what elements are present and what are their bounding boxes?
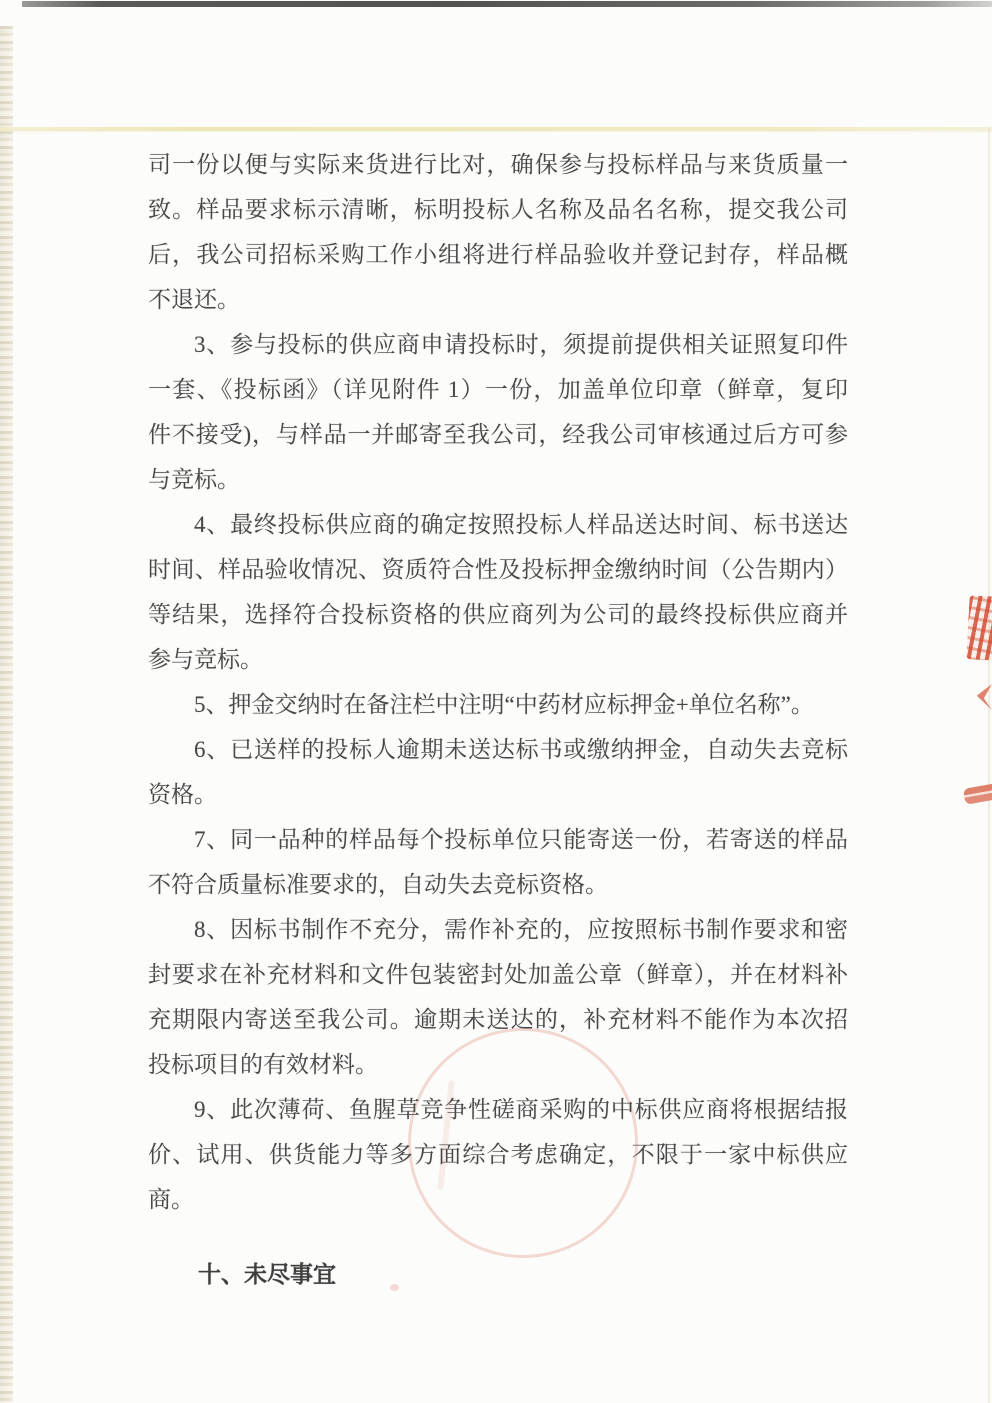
text-line: 7、同一品种的样品每个投标单位只能寄送一份，若寄送的样品 — [148, 817, 848, 862]
text-line: 一套、《投标函》（详见附件 1）一份，加盖单位印章（鲜章，复印 — [148, 367, 848, 412]
scan-left-paper-edge — [0, 26, 13, 1403]
scanned-page: 司一份以便与实际来货进行比对，确保参与投标样品与来货质量一致。样品要求标示清晰，… — [0, 0, 992, 1403]
paragraphs-container: 司一份以便与实际来货进行比对，确保参与投标样品与来货质量一致。样品要求标示清晰，… — [148, 142, 848, 1222]
scan-top-edge — [22, 1, 992, 7]
text-line: 致。样品要求标示清晰，标明投标人名称及品名名称，提交我公司 — [148, 187, 848, 232]
text-line: 9、此次薄荷、鱼腥草竞争性磋商采购的中标供应商将根据结报 — [148, 1087, 848, 1132]
scan-right-edge — [988, 127, 990, 1403]
section-heading: 十、未尽事宜 — [148, 1252, 848, 1297]
text-line: 时间、样品验收情况、资质符合性及投标押金缴纳时间（公告期内） — [148, 547, 848, 592]
text-line: 不符合质量标准要求的，自动失去竞标资格。 — [148, 862, 848, 907]
text-line: 等结果，选择符合投标资格的供应商列为公司的最终投标供应商并 — [148, 592, 848, 637]
text-line: 后，我公司招标采购工作小组将进行样品验收并登记封存，样品概 — [148, 232, 848, 277]
text-line: 3、参与投标的供应商申请投标时，须提前提供相关证照复印件 — [148, 322, 848, 367]
text-line: 6、已送样的投标人逾期未送达标书或缴纳押金，自动失去竞标 — [148, 727, 848, 772]
page-crease-line — [0, 127, 992, 131]
text-line: 件不接受)，与样品一并邮寄至我公司，经我公司审核通过后方可参 — [148, 412, 848, 457]
text-line: 不退还。 — [148, 277, 848, 322]
red-seal-fragment-top — [966, 595, 992, 660]
text-line: 商。 — [148, 1177, 848, 1222]
text-line: 5、押金交纳时在备注栏中注明“中药材应标押金+单位名称”。 — [148, 682, 848, 727]
text-line: 投标项目的有效材料。 — [148, 1042, 848, 1087]
text-line: 封要求在补充材料和文件包装密封处加盖公章（鲜章），并在材料补 — [148, 952, 848, 997]
text-line: 与竞标。 — [148, 457, 848, 502]
document-body: 司一份以便与实际来货进行比对，确保参与投标样品与来货质量一致。样品要求标示清晰，… — [148, 142, 848, 1297]
text-line: 价、试用、供货能力等多方面综合考虑确定，不限于一家中标供应 — [148, 1132, 848, 1177]
text-line: 8、因标书制作不充分，需作补充的，应按照标书制作要求和密 — [148, 907, 848, 952]
text-line: 4、最终投标供应商的确定按照投标人样品送达时间、标书送达 — [148, 502, 848, 547]
text-line: 充期限内寄送至我公司。逾期未送达的，补充材料不能作为本次招 — [148, 997, 848, 1042]
text-line: 参与竞标。 — [148, 637, 848, 682]
text-line: 资格。 — [148, 772, 848, 817]
text-line: 司一份以便与实际来货进行比对，确保参与投标样品与来货质量一 — [148, 142, 848, 187]
